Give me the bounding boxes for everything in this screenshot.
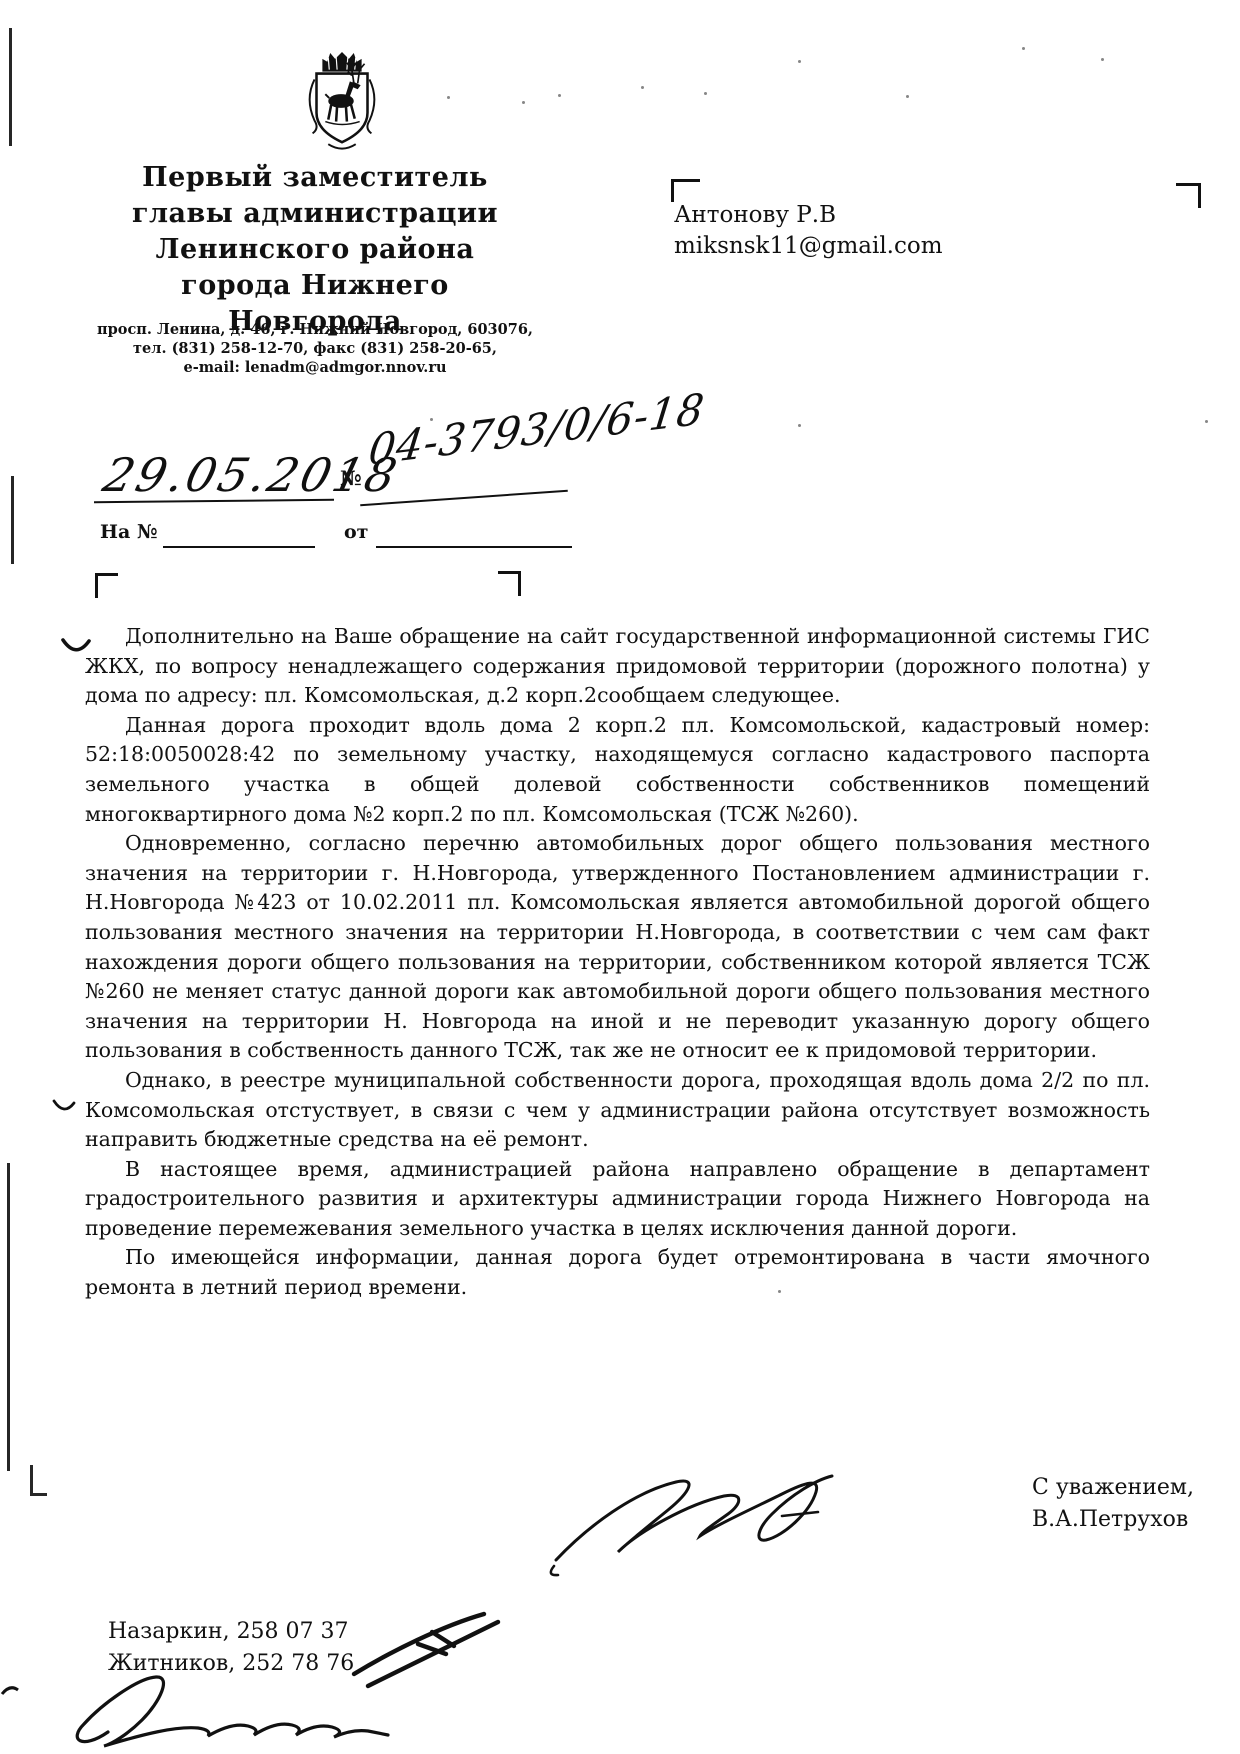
executor-contact: Назаркин, 258 07 37 bbox=[108, 1616, 354, 1648]
letterhead-title-line: Ленинского района bbox=[90, 232, 540, 268]
body-paragraph: По имеющейся информации, данная дорога б… bbox=[85, 1243, 1150, 1302]
body-paragraph: Однако, в реестре муниципальной собствен… bbox=[85, 1066, 1150, 1155]
letterhead-address: просп. Ленина, д. 46, г. Нижний Новгород… bbox=[90, 320, 540, 377]
footer-signature-scribble bbox=[62, 1668, 482, 1752]
letterhead-address-line: просп. Ленина, д. 46, г. Нижний Новгород… bbox=[90, 320, 540, 339]
reply-to-number-label: На № bbox=[100, 521, 158, 543]
letterhead-title: Первый заместитель главы администрации Л… bbox=[90, 160, 540, 340]
margin-check-mark bbox=[60, 636, 92, 658]
scan-corner-artifact bbox=[30, 1465, 47, 1496]
letter-body: Дополнительно на Ваше обращение на сайт … bbox=[85, 622, 1150, 1303]
edge-pen-tick bbox=[0, 1682, 20, 1700]
recipient-email: miksnsk11@gmail.com bbox=[674, 231, 943, 261]
recipient-corner-mark bbox=[671, 179, 700, 202]
closing-respect: С уважением, bbox=[1032, 1472, 1194, 1504]
scan-edge-artifact bbox=[9, 28, 12, 146]
closing-block: С уважением, В.А.Петрухов bbox=[1032, 1472, 1194, 1536]
closing-name: В.А.Петрухов bbox=[1032, 1504, 1194, 1536]
coat-of-arms-nizhny-novgorod-icon bbox=[304, 50, 380, 152]
letterhead-title-line: главы администрации bbox=[90, 196, 540, 232]
body-paragraph: Данная дорога проходит вдоль дома 2 корп… bbox=[85, 711, 1150, 829]
address-zone-corner-left bbox=[95, 573, 118, 598]
letterhead-address-line: тел. (831) 258-12-70, факс (831) 258-20-… bbox=[90, 339, 540, 358]
body-paragraph: В настоящее время, администрацией района… bbox=[85, 1155, 1150, 1244]
address-zone-corner-right bbox=[498, 571, 521, 596]
body-paragraph: Одновременно, согласно перечню автомобил… bbox=[85, 829, 1150, 1066]
scan-edge-artifact bbox=[11, 476, 14, 564]
letterhead-title-line: Первый заместитель bbox=[90, 160, 540, 196]
reply-from-label: от bbox=[344, 521, 368, 543]
scanned-letter-page: Первый заместитель главы администрации Л… bbox=[0, 0, 1240, 1754]
letterhead-address-email: e-mail: lenadm@admgor.nnov.ru bbox=[90, 358, 540, 377]
scan-edge-artifact bbox=[7, 1163, 10, 1471]
signature-petrukhov bbox=[548, 1448, 844, 1580]
reply-from-blank-line bbox=[376, 546, 572, 548]
reply-number-blank-line bbox=[163, 546, 315, 548]
number-sign-label: № bbox=[340, 466, 362, 490]
page-corner-mark bbox=[1176, 183, 1201, 208]
margin-check-mark bbox=[52, 1098, 76, 1116]
body-paragraph: Дополнительно на Ваше обращение на сайт … bbox=[85, 622, 1150, 711]
recipient-name: Антонову Р.В bbox=[674, 200, 836, 230]
handwritten-outgoing-number: 04-3793/0/6-18 bbox=[366, 384, 708, 475]
